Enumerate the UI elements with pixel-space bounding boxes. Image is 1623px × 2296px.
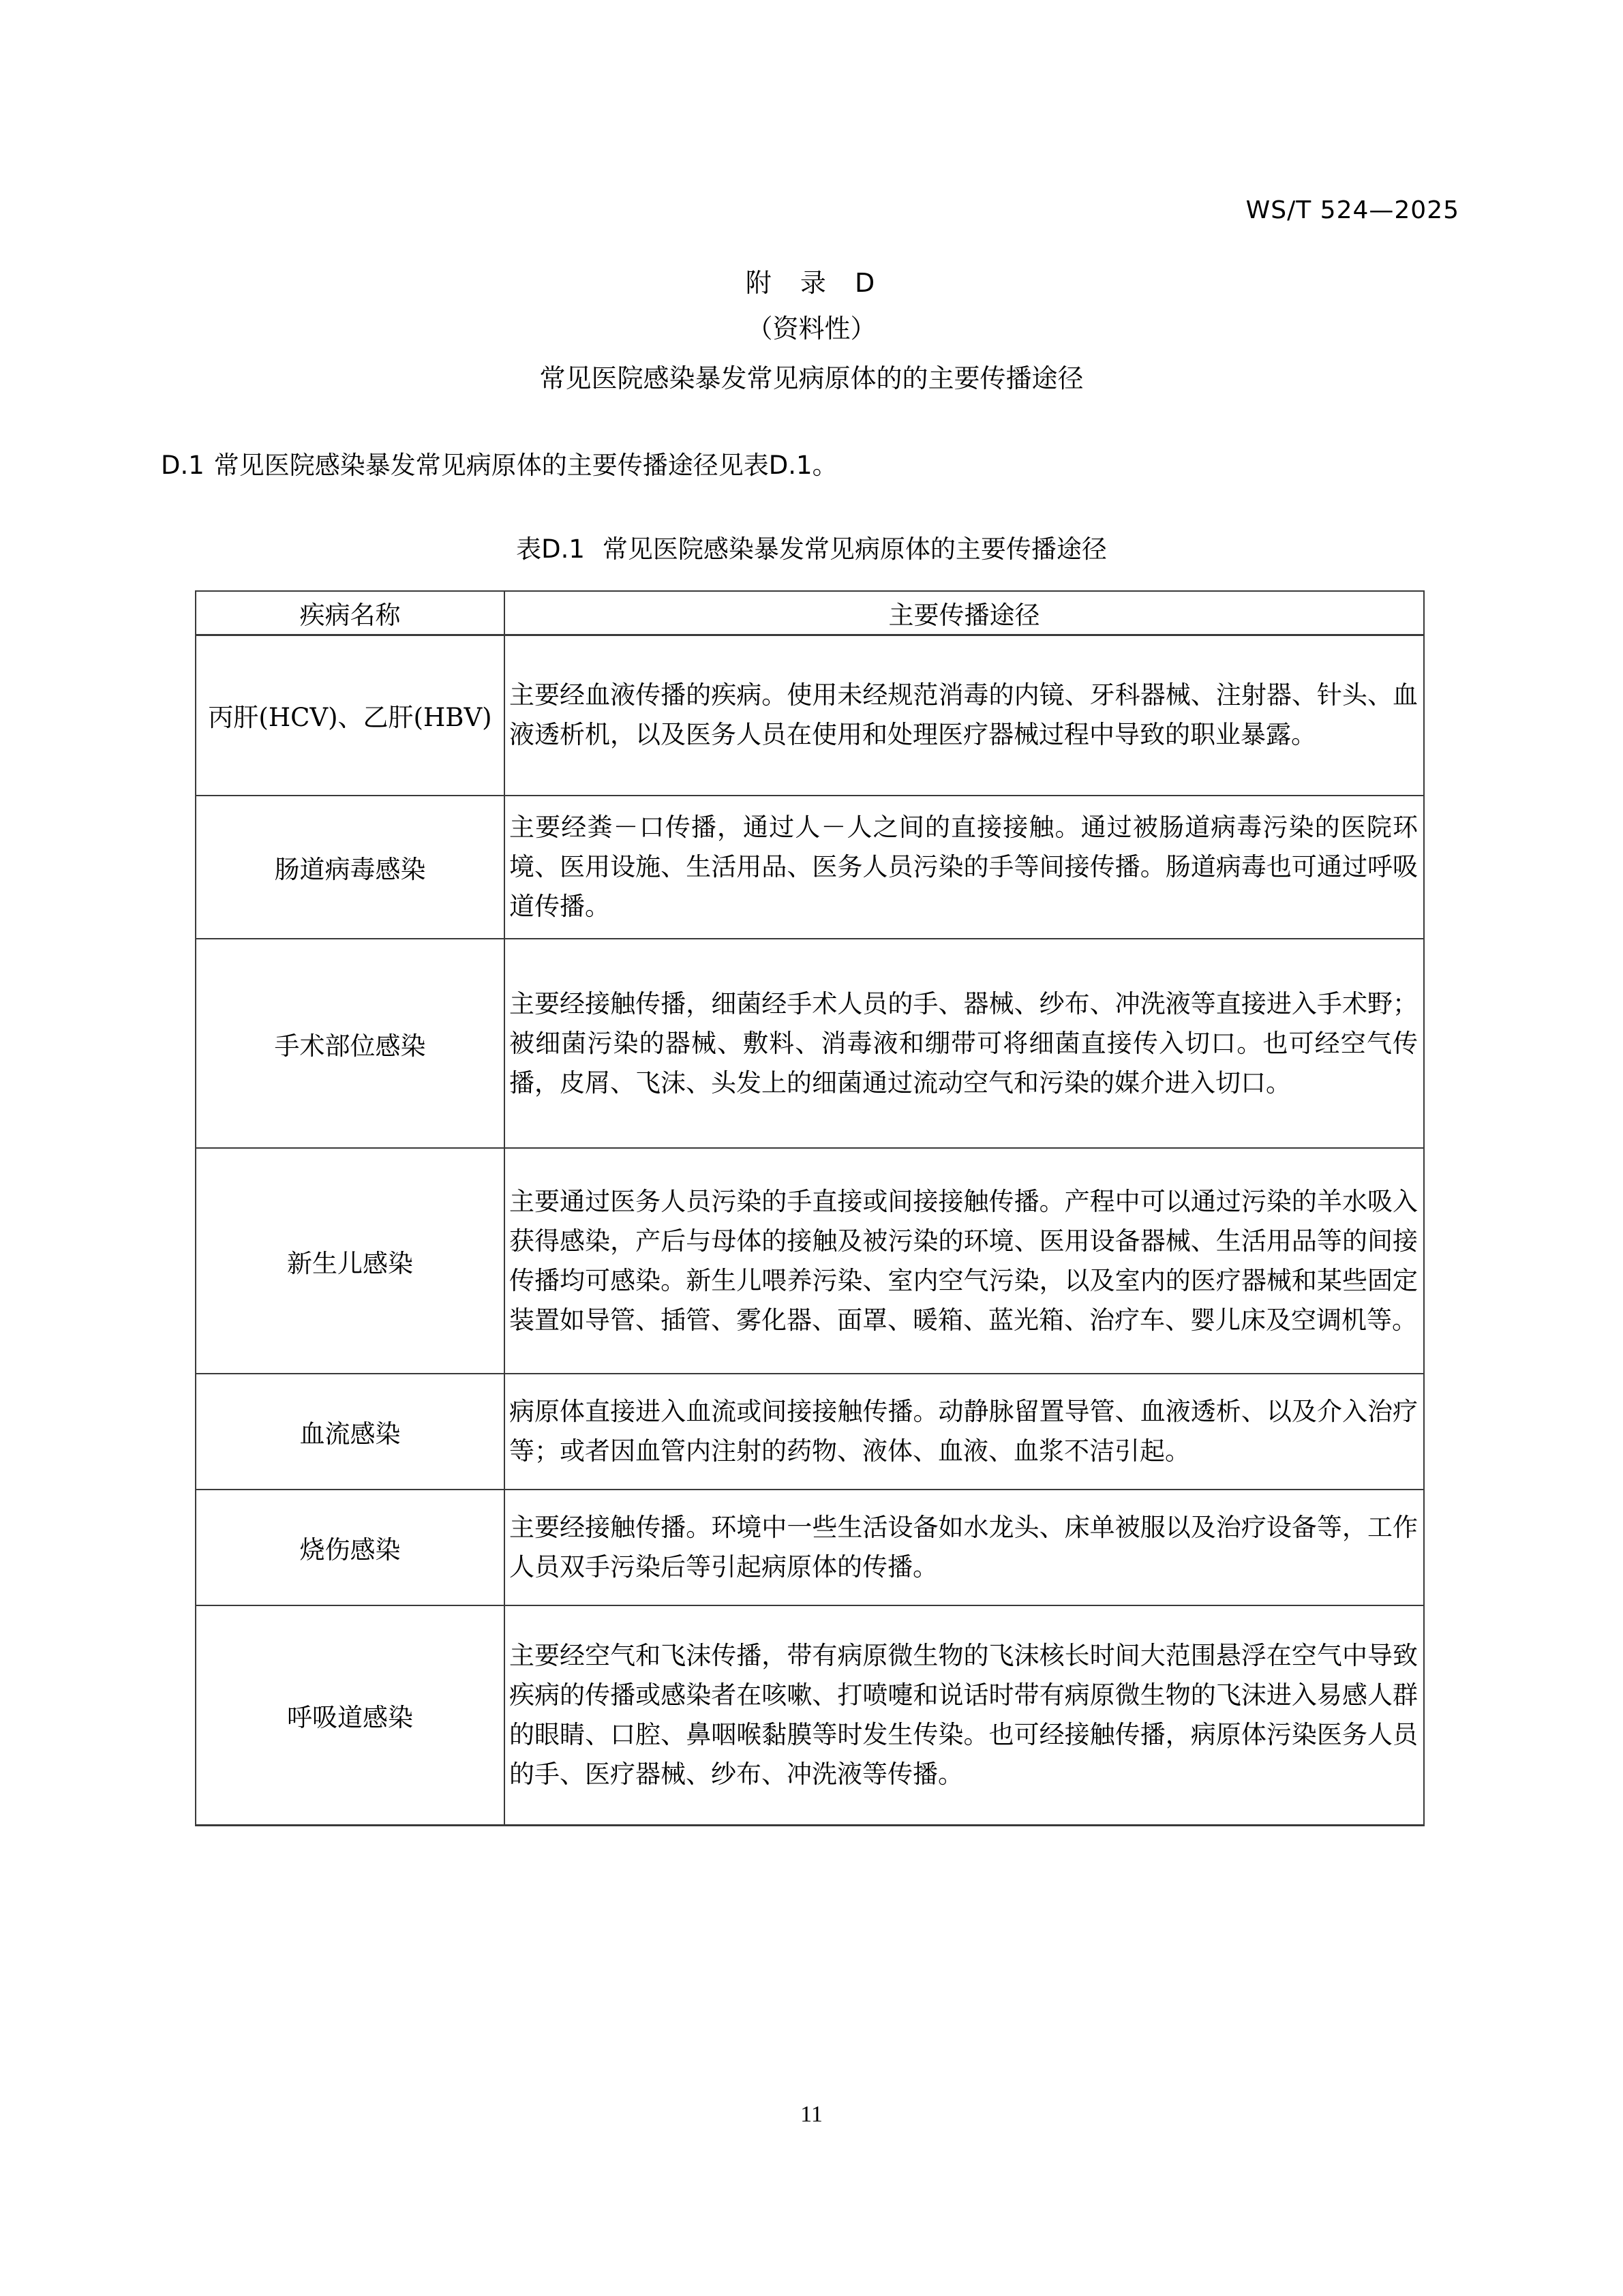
table-caption-title: 常见医院感染暴发常见病原体的主要传播途径 <box>603 534 1107 564</box>
column-header-disease: 疾病名称 <box>196 591 504 635</box>
table-row: 呼吸道感染 主要经空气和飞沫传播，带有病原微生物的飞沫核长时间大范围悬浮在空气中… <box>196 1605 1424 1825</box>
transmission-route: 主要经血液传播的疾病。使用未经规范消毒的内镜、牙科器械、注射器、针头、血液透析机… <box>504 635 1424 796</box>
table-row: 新生儿感染 主要通过医务人员污染的手直接或间接接触传播。产程中可以通过污染的羊水… <box>196 1148 1424 1374</box>
disease-name: 手术部位感染 <box>196 939 504 1148</box>
transmission-route: 主要经空气和飞沫传播，带有病原微生物的飞沫核长时间大范围悬浮在空气中导致疾病的传… <box>504 1605 1424 1825</box>
transmission-route: 主要经接触传播，细菌经手术人员的手、器械、纱布、冲洗液等直接进入手术野；被细菌污… <box>504 939 1424 1148</box>
table-caption: 表D.1常见医院感染暴发常见病原体的主要传播途径 <box>0 528 1623 565</box>
clause-text: 常见医院感染暴发常见病原体的主要传播途径见表D.1。 <box>214 451 838 480</box>
transmission-route: 主要经接触传播。环境中一些生活设备如水龙头、床单被服以及治疗设备等，工作人员双手… <box>504 1490 1424 1605</box>
clause-d1: D.1常见医院感染暴发常见病原体的主要传播途径见表D.1。 <box>161 444 838 481</box>
table-row: 丙肝(HCV)、乙肝(HBV) 主要经血液传播的疾病。使用未经规范消毒的内镜、牙… <box>196 635 1424 796</box>
appendix-nature: （资料性） <box>0 307 1623 345</box>
disease-name: 丙肝(HCV)、乙肝(HBV) <box>196 635 504 796</box>
disease-name: 呼吸道感染 <box>196 1605 504 1825</box>
disease-name: 血流感染 <box>196 1374 504 1490</box>
transmission-route: 主要通过医务人员污染的手直接或间接接触传播。产程中可以通过污染的羊水吸入获得感染… <box>504 1148 1424 1374</box>
table-row: 肠道病毒感染 主要经粪－口传播，通过人－人之间的直接接触。通过被肠道病毒污染的医… <box>196 796 1424 939</box>
transmission-routes-table: 疾病名称 主要传播途径 丙肝(HCV)、乙肝(HBV) 主要经血液传播的疾病。使… <box>195 590 1425 1826</box>
disease-name: 新生儿感染 <box>196 1148 504 1374</box>
table-caption-number: 表D.1 <box>516 534 585 564</box>
disease-name: 烧伤感染 <box>196 1490 504 1605</box>
table-row: 血流感染 病原体直接进入血流或间接接触传播。动静脉留置导管、血液透析、以及介入治… <box>196 1374 1424 1490</box>
column-header-route: 主要传播途径 <box>504 591 1424 635</box>
table-row: 烧伤感染 主要经接触传播。环境中一些生活设备如水龙头、床单被服以及治疗设备等，工… <box>196 1490 1424 1605</box>
page-number: 11 <box>0 2102 1623 2128</box>
appendix-subject: 常见医院感染暴发常见病原体的的主要传播途径 <box>0 357 1623 395</box>
transmission-route: 主要经粪－口传播，通过人－人之间的直接接触。通过被肠道病毒污染的医院环境、医用设… <box>504 796 1424 939</box>
clause-number: D.1 <box>161 451 204 480</box>
disease-name: 肠道病毒感染 <box>196 796 504 939</box>
table-header-row: 疾病名称 主要传播途径 <box>196 591 1424 635</box>
table-row: 手术部位感染 主要经接触传播，细菌经手术人员的手、器械、纱布、冲洗液等直接进入手… <box>196 939 1424 1148</box>
standard-code: WS/T 524—2025 <box>1246 196 1459 224</box>
appendix-title: 附 录 D <box>0 262 1623 299</box>
transmission-route: 病原体直接进入血流或间接接触传播。动静脉留置导管、血液透析、以及介入治疗等；或者… <box>504 1374 1424 1490</box>
